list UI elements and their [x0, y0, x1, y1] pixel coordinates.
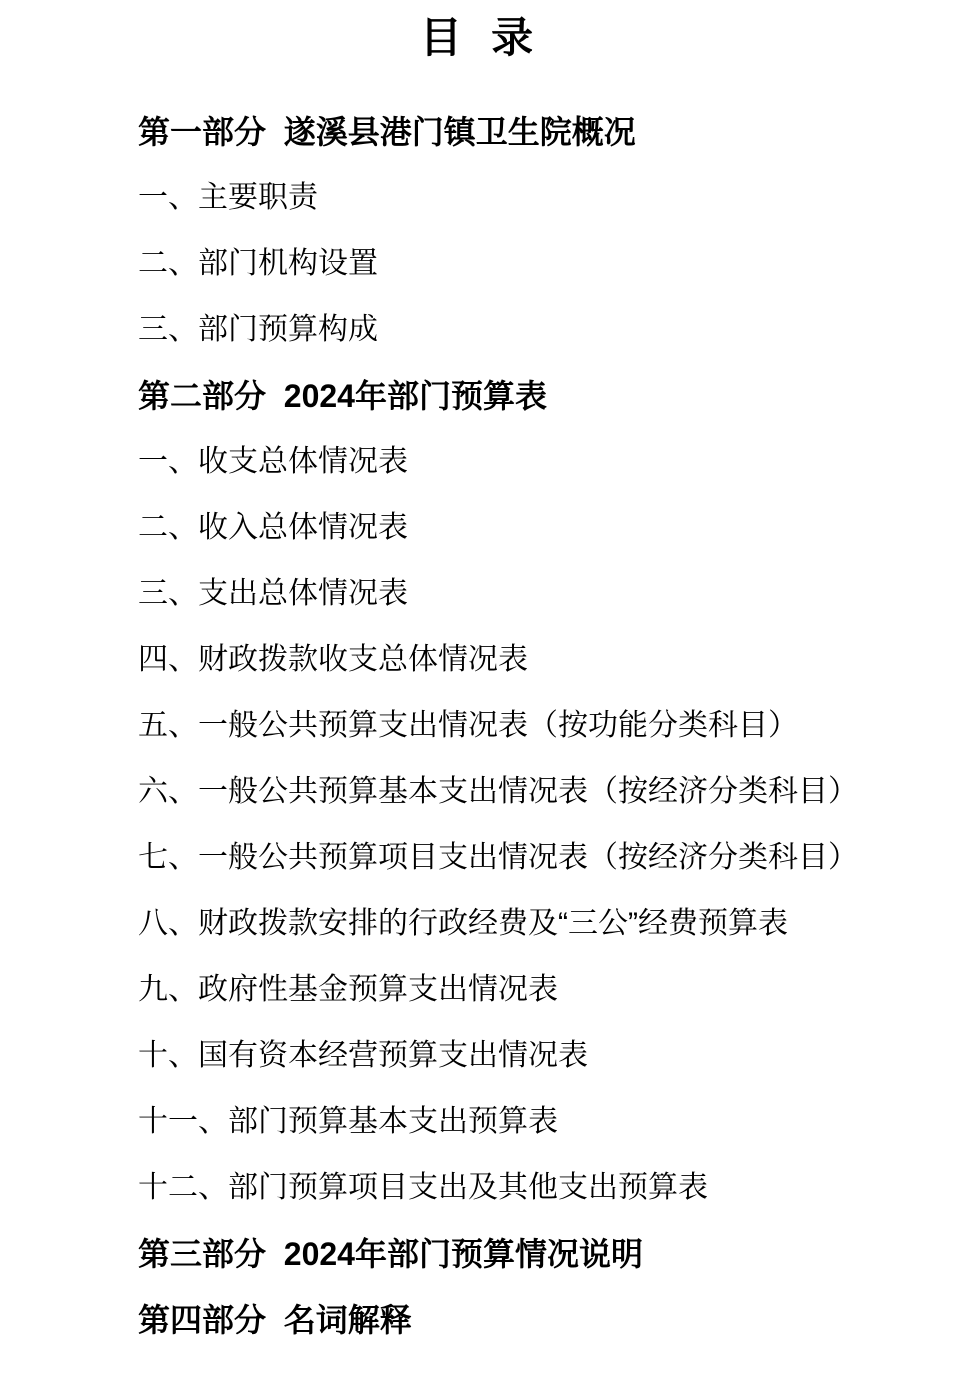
- toc-item-general-public-budget-project-expenditure: 七、一般公共预算项目支出情况表（按经济分类科目）: [0, 825, 955, 891]
- toc-heading-part-3: 第三部分 2024年部门预算情况说明: [0, 1221, 955, 1287]
- toc-item-org-structure: 二、部门机构设置: [0, 231, 955, 297]
- toc-item-budget-composition: 三、部门预算构成: [0, 297, 955, 363]
- toc-item-state-capital-budget-expenditure: 十、国有资本经营预算支出情况表: [0, 1023, 955, 1089]
- toc-item-general-public-budget-expenditure: 五、一般公共预算支出情况表（按功能分类科目）: [0, 693, 955, 759]
- toc-heading-part-2: 第二部分 2024年部门预算表: [0, 363, 955, 429]
- toc-item-general-public-budget-basic-expenditure: 六、一般公共预算基本支出情况表（按经济分类科目）: [0, 759, 955, 825]
- toc-item-revenue-expenditure-overview: 一、收支总体情况表: [0, 429, 955, 495]
- toc-item-revenue-overview: 二、收入总体情况表: [0, 495, 955, 561]
- toc-item-fiscal-appropriation-overview: 四、财政拨款收支总体情况表: [0, 627, 955, 693]
- document-title: 目 录: [0, 14, 955, 62]
- toc-item-admin-three-public-funds: 八、财政拨款安排的行政经费及“三公”经费预算表: [0, 891, 955, 957]
- toc-item-expenditure-overview: 三、支出总体情况表: [0, 561, 955, 627]
- toc-heading-part-1: 第一部分 遂溪县港门镇卫生院概况: [0, 99, 955, 165]
- table-of-contents: 第一部分 遂溪县港门镇卫生院概况 一、主要职责 二、部门机构设置 三、部门预算构…: [0, 99, 955, 1353]
- toc-item-dept-project-other-expenditure-budget: 十二、部门预算项目支出及其他支出预算表: [0, 1155, 955, 1221]
- toc-item-dept-basic-expenditure-budget: 十一、部门预算基本支出预算表: [0, 1089, 955, 1155]
- toc-item-govt-fund-budget-expenditure: 九、政府性基金预算支出情况表: [0, 957, 955, 1023]
- document-page: 目 录 第一部分 遂溪县港门镇卫生院概况 一、主要职责 二、部门机构设置 三、部…: [0, 0, 955, 1391]
- toc-heading-part-4: 第四部分 名词解释: [0, 1287, 955, 1353]
- toc-item-main-duties: 一、主要职责: [0, 165, 955, 231]
